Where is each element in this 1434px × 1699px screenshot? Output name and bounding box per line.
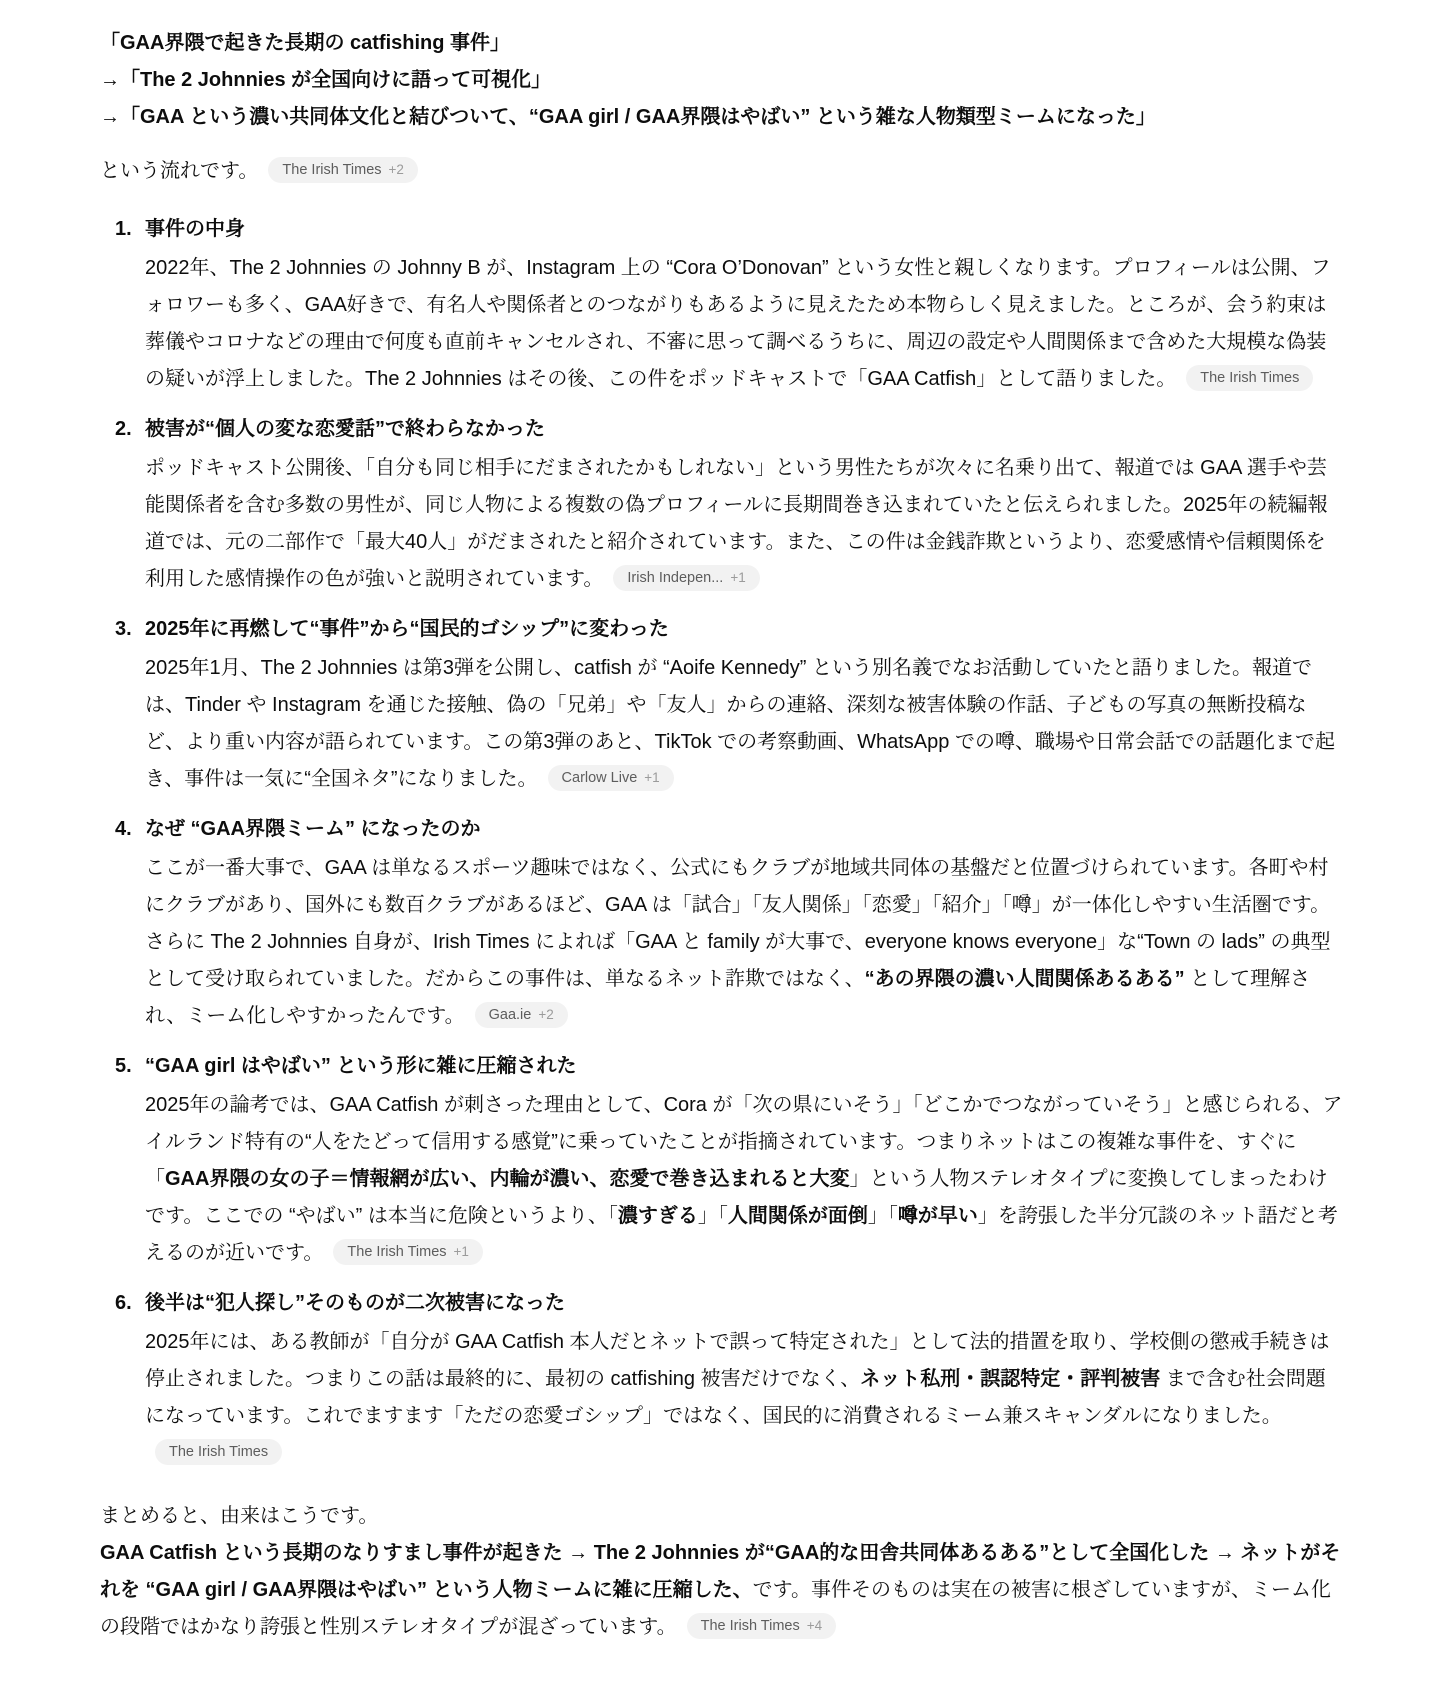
bold-text: 人間関係が面倒: [728, 1205, 868, 1227]
citation-badge[interactable]: Irish Indepen...+1: [613, 565, 759, 591]
list-item-number: 3.: [115, 611, 145, 798]
text: →: [100, 69, 120, 91]
citation-count: +1: [454, 1243, 469, 1261]
list-item: 4. なぜ “GAA界隈ミーム” になったのか ここが一番大事で、GAA は単な…: [100, 811, 1345, 1035]
citation-badge[interactable]: The Irish Times+1: [333, 1239, 483, 1265]
text: 」「: [698, 1205, 728, 1227]
bold-text: 噂が早い: [898, 1205, 978, 1227]
bold-text: 「GAA界隈で起きた長期の catfishing 事件」: [100, 32, 510, 54]
bold-text: “あの界隈の濃い人間関係あるある”: [865, 968, 1185, 990]
citation-count: +4: [807, 1617, 822, 1635]
citation-source-label: The Irish Times: [282, 161, 381, 179]
citation-count: +1: [644, 769, 659, 787]
intro-line: 「GAA界隈で起きた長期の catfishing 事件」: [100, 25, 1345, 62]
bold-text: 「GAA という濃い共同体文化と結びついて、“GAA girl / GAA界隈は…: [120, 106, 1156, 128]
citation-source-label: The Irish Times: [347, 1243, 446, 1261]
list-item-heading: 事件の中身: [145, 211, 1345, 248]
list-item: 1. 事件の中身 2022年、The 2 Johnnies の Johnny B…: [100, 211, 1345, 398]
citation-count: +2: [538, 1006, 553, 1024]
text: 2025年1月、The 2 Johnnies は第3弾を公開し、catfish …: [145, 657, 1335, 790]
text: →: [100, 106, 120, 128]
bold-text: 「The 2 Johnnies が全国向けに語って可視化」: [120, 69, 551, 91]
citation-badge[interactable]: The Irish Times+2: [268, 157, 418, 183]
citation-source-label: Irish Indepen...: [627, 569, 723, 587]
intro-line: →「The 2 Johnnies が全国向けに語って可視化」: [100, 62, 1345, 99]
citation-count: +1: [730, 569, 745, 587]
list-item-heading: 後半は“犯人探し”そのものが二次被害になった: [145, 1285, 1345, 1322]
citation-source-label: The Irish Times: [701, 1617, 800, 1635]
list-item: 3. 2025年に再燃して“事件”から“国民的ゴシップ”に変わった 2025年1…: [100, 611, 1345, 798]
list-item: 6. 後半は“犯人探し”そのものが二次被害になった 2025年には、ある教師が「…: [100, 1285, 1345, 1472]
list-item-body: ポッドキャスト公開後、「自分も同じ相手にだまされたかもしれない」という男性たちが…: [145, 450, 1345, 598]
chat-response: 「GAA界隈で起きた長期の catfishing 事件」→「The 2 John…: [0, 0, 1434, 1646]
list-item-heading: “GAA girl はやばい” という形に雑に圧縮された: [145, 1048, 1345, 1085]
citation-badge[interactable]: The Irish Times: [1186, 365, 1313, 391]
intro-flow-line: という流れです。The Irish Times+2: [100, 153, 1345, 190]
list-item: 5. “GAA girl はやばい” という形に雑に圧縮された 2025年の論考…: [100, 1048, 1345, 1272]
list-item-body: 2025年には、ある教師が「自分が GAA Catfish 本人だとネットで誤っ…: [145, 1324, 1345, 1472]
citation-source-label: Gaa.ie: [489, 1006, 532, 1024]
list-item-heading: 被害が“個人の変な恋愛話”で終わらなかった: [145, 411, 1345, 448]
bold-text: ネット私刑・誤認特定・評判被害: [860, 1368, 1160, 1390]
citation-badge[interactable]: The Irish Times: [155, 1439, 282, 1465]
list-item-body: 2022年、The 2 Johnnies の Johnny B が、Instag…: [145, 250, 1345, 398]
list-item-heading: なぜ “GAA界隈ミーム” になったのか: [145, 811, 1345, 848]
list-item-number: 5.: [115, 1048, 145, 1272]
text: 」「: [868, 1205, 898, 1227]
list-item-body: ここが一番大事で、GAA は単なるスポーツ趣味ではなく、公式にもクラブが地域共同…: [145, 850, 1345, 1035]
citation-badge[interactable]: Gaa.ie+2: [475, 1002, 568, 1028]
text: という流れです。: [100, 160, 258, 182]
citation-source-label: Carlow Live: [562, 769, 638, 787]
numbered-list: 1. 事件の中身 2022年、The 2 Johnnies の Johnny B…: [100, 211, 1345, 1472]
list-item-number: 6.: [115, 1285, 145, 1472]
citation-badge[interactable]: Carlow Live+1: [548, 765, 674, 791]
list-item-body: 2025年1月、The 2 Johnnies は第3弾を公開し、catfish …: [145, 650, 1345, 798]
list-item-heading: 2025年に再燃して“事件”から“国民的ゴシップ”に変わった: [145, 611, 1345, 648]
intro-block: 「GAA界隈で起きた長期の catfishing 事件」→「The 2 John…: [100, 25, 1345, 136]
summary-block: まとめると、由来はこうです。 GAA Catfish という長期のなりすまし事件…: [100, 1498, 1345, 1646]
summary-lead: まとめると、由来はこうです。: [100, 1498, 1345, 1535]
text: まとめると、由来はこうです。: [100, 1505, 378, 1527]
citation-source-label: The Irish Times: [169, 1443, 268, 1461]
list-item-number: 4.: [115, 811, 145, 1035]
citation-count: +2: [389, 161, 404, 179]
list-item: 2. 被害が“個人の変な恋愛話”で終わらなかった ポッドキャスト公開後、「自分も…: [100, 411, 1345, 598]
summary-conclusion: GAA Catfish という長期のなりすまし事件が起きた → The 2 Jo…: [100, 1535, 1345, 1646]
bold-text: GAA界隈の女の子＝情報網が広い、内輪が濃い、恋愛で巻き込まれると大変: [165, 1168, 849, 1190]
citation-source-label: The Irish Times: [1200, 369, 1299, 387]
intro-line: →「GAA という濃い共同体文化と結びついて、“GAA girl / GAA界隈…: [100, 99, 1345, 136]
list-item-body: 2025年の論考では、GAA Catfish が刺さった理由として、Cora が…: [145, 1087, 1345, 1272]
list-item-number: 1.: [115, 211, 145, 398]
text: 2022年、The 2 Johnnies の Johnny B が、Instag…: [145, 257, 1331, 390]
list-item-number: 2.: [115, 411, 145, 598]
citation-badge[interactable]: The Irish Times+4: [687, 1613, 837, 1639]
bold-text: 濃すぎる: [618, 1205, 698, 1227]
